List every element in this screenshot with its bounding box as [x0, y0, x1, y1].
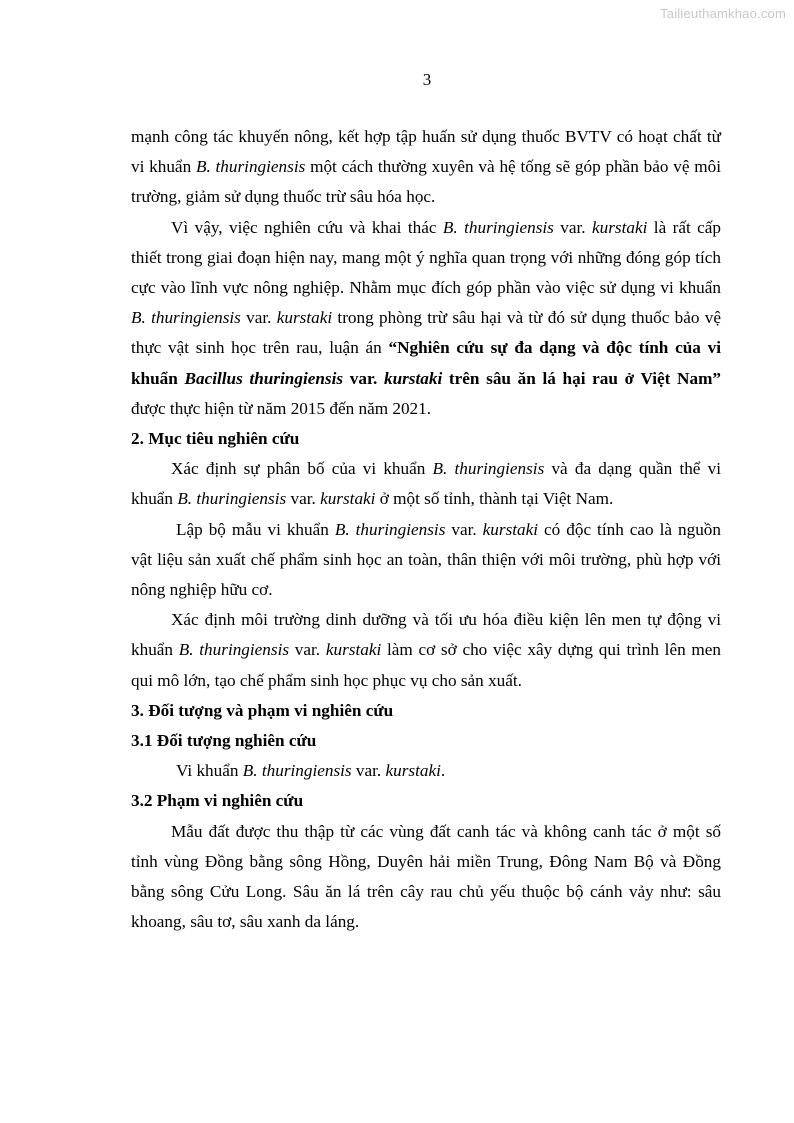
paragraph-subject: Vi khuẩn B. thuringiensis var. kurstaki. [131, 756, 721, 786]
section-heading-scope: 3. Đối tượng và phạm vi nghiên cứu [131, 696, 721, 726]
section-heading-objectives: 2. Mục tiêu nghiên cứu [131, 424, 721, 454]
page-number: 3 [0, 70, 794, 90]
paragraph-range: Mẫu đất được thu thập từ các vùng đất ca… [131, 817, 721, 938]
paragraph-objective-1: Xác định sự phân bố của vi khuẩn B. thur… [131, 454, 721, 514]
paragraph-intro-continuation: mạnh công tác khuyến nông, kết hợp tập h… [131, 122, 721, 213]
subsection-heading-range: 3.2 Phạm vi nghiên cứu [131, 786, 721, 816]
paragraph-objective-2: Lập bộ mẫu vi khuẩn B. thuringiensis var… [131, 515, 721, 606]
subsection-heading-subject: 3.1 Đối tượng nghiên cứu [131, 726, 721, 756]
paragraph-objective-3: Xác định môi trường dinh dưỡng và tối ưu… [131, 605, 721, 696]
document-body: mạnh công tác khuyến nông, kết hợp tập h… [131, 122, 721, 937]
paragraph-thesis-rationale: Vì vậy, việc nghiên cứu và khai thác B. … [131, 213, 721, 424]
watermark: Tailieuthamkhao.com [660, 6, 786, 21]
